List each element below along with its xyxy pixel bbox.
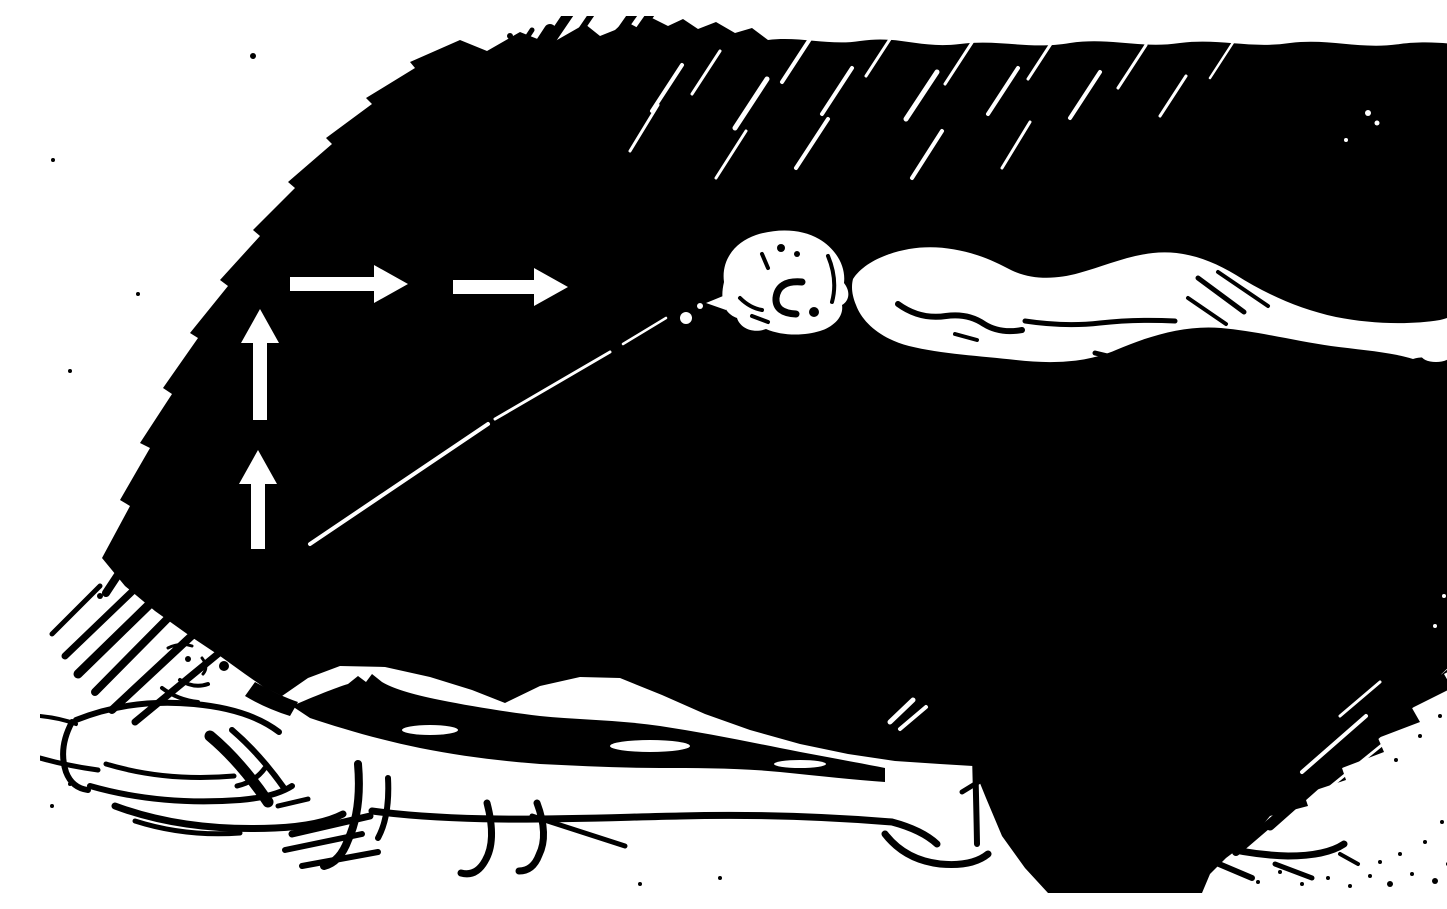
mat-white-gap <box>402 725 458 735</box>
hatch-fleck <box>51 158 55 162</box>
speckle <box>1410 872 1414 876</box>
hatch-fleck <box>321 227 329 235</box>
hatch-fleck <box>136 292 140 296</box>
white-fleck-near-head <box>680 312 692 324</box>
eye-mark <box>185 656 191 662</box>
ear-mark <box>219 661 229 671</box>
hatch-fleck <box>97 593 103 599</box>
speckle <box>1423 840 1427 844</box>
speckle <box>1418 734 1422 738</box>
scene-illustration <box>40 16 1447 893</box>
speckle <box>1300 882 1304 886</box>
stray-dot <box>718 876 722 880</box>
hatch-fleck <box>386 142 394 150</box>
head-mark <box>794 251 800 257</box>
speckle <box>1378 860 1382 864</box>
hatch-fleck <box>197 408 203 414</box>
speckle <box>1438 714 1442 718</box>
hatch-fleck <box>466 72 474 80</box>
pole-line <box>974 668 977 844</box>
speckle <box>1348 884 1352 888</box>
white-fleck <box>1442 594 1446 598</box>
stray-dot <box>68 782 72 786</box>
hatch-fleck <box>507 33 513 39</box>
white-fleck-near-head-2 <box>697 303 703 309</box>
hatch-fleck <box>166 457 174 465</box>
white-fleck <box>1344 138 1348 142</box>
speckle <box>1432 878 1438 884</box>
speckle <box>1398 852 1402 856</box>
white-fleck <box>1365 110 1371 116</box>
white-fleck <box>1433 624 1437 628</box>
mat-white-gap <box>774 760 826 768</box>
head-mark <box>777 244 785 252</box>
stray-dot <box>50 804 54 808</box>
speckle <box>1394 758 1398 762</box>
hatch-fleck <box>119 548 125 554</box>
mat-white-gap <box>610 740 690 752</box>
hatch-fleck <box>68 369 72 373</box>
white-fleck <box>1375 121 1380 126</box>
speckle <box>1278 870 1282 874</box>
illustration: High-contrast black-and-white ink drawin… <box>40 16 1447 893</box>
speckle <box>1256 880 1260 884</box>
stray-dot <box>638 882 642 886</box>
hatch-fleck <box>142 503 148 509</box>
hatch-fleck <box>422 108 428 114</box>
head-mark <box>809 307 819 317</box>
speckle <box>1440 820 1444 824</box>
hatch-fleck <box>347 188 353 194</box>
speckle <box>1326 876 1330 880</box>
speckle <box>1387 881 1393 887</box>
hatch-fleck <box>222 363 228 369</box>
speckle <box>1368 874 1372 878</box>
hatch-fleck <box>250 53 256 59</box>
